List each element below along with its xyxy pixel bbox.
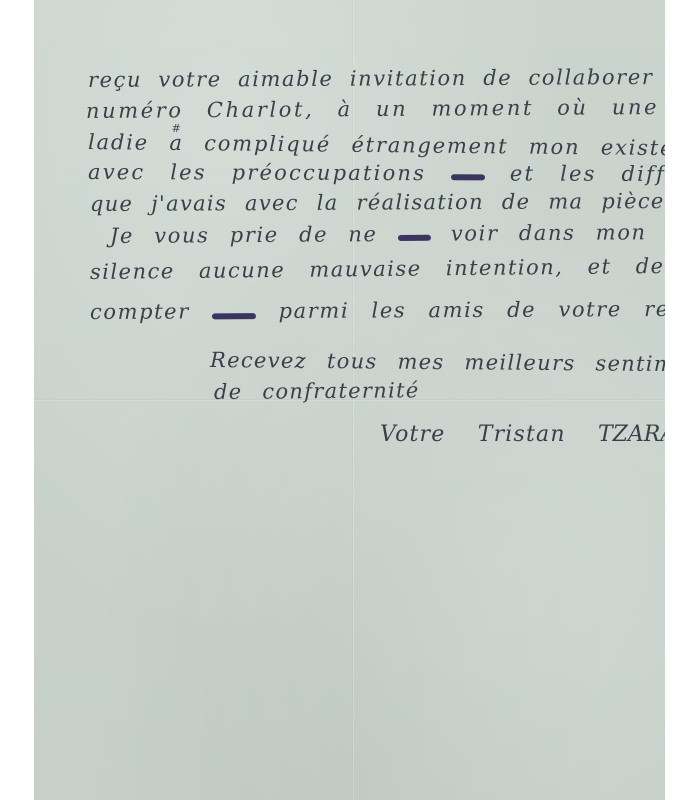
letter-line-8: compter aussi parmi les amis de votre re… xyxy=(90,299,665,323)
letter-line-8-before: compter xyxy=(90,299,190,324)
insertion-mark: # xyxy=(172,123,183,134)
letter-line-4: avec les préoccupations par et les diffi… xyxy=(88,162,665,185)
closing-line-2: de confraternité xyxy=(214,380,420,403)
struck-word: aussi xyxy=(212,307,256,321)
closing-line-1-text: Recevez tous mes meilleurs sentiments xyxy=(210,348,665,376)
paper-sheet: reçu votre aimable invitation de collabo… xyxy=(34,0,665,800)
signature: Votre Tristan TZARA xyxy=(380,424,665,446)
signature-surname: TZARA xyxy=(598,422,665,447)
closing-line-1: Recevez tous mes meilleurs sentiments xyxy=(210,350,665,375)
letter-line-4-after: et les difficultés xyxy=(510,161,665,186)
signature-first-name: Tristan xyxy=(478,422,566,447)
letter-line-1: reçu votre aimable invitation de collabo… xyxy=(88,67,665,91)
letter-line-8-after: parmi les amis de votre revue. xyxy=(279,297,665,323)
letter-line-3-after: a compliqué étrangement mon existence xyxy=(169,131,665,161)
letter-line-7: silence aucune mauvaise intention, et de… xyxy=(90,255,665,283)
letter-line-6-before: Je vous prie de ne xyxy=(110,222,378,248)
letter-line-5-text: que j'avais avec la réalisation de ma pi… xyxy=(90,189,665,216)
letter-page: reçu votre aimable invitation de collabo… xyxy=(0,0,700,800)
letter-line-6: Je vous prie de ne pas voir dans mon xyxy=(110,222,647,247)
letter-line-3-before: ladie xyxy=(88,130,149,155)
letter-line-6-after: voir dans mon xyxy=(451,220,647,245)
struck-word: pas xyxy=(398,228,431,244)
letter-line-5: que j'avais avec la réalisation de ma pi… xyxy=(90,191,665,215)
struck-word: par xyxy=(451,167,485,183)
letter-line-1-text: reçu votre aimable invitation de collabo… xyxy=(88,65,665,92)
signature-prefix: Votre xyxy=(380,422,446,447)
letter-line-3: ladie # a compliqué étrangement mon exis… xyxy=(88,132,665,160)
letter-line-2-text: numéro Charlot, à un moment où une ma- xyxy=(86,95,665,123)
closing-line-2-text: de confraternité xyxy=(214,378,420,404)
letter-line-7-text: silence aucune mauvaise intention, et de… xyxy=(90,253,665,284)
letter-line-4-before: avec les préoccupations xyxy=(88,160,426,185)
letter-line-2: numéro Charlot, à un moment où une ma- xyxy=(86,97,665,122)
